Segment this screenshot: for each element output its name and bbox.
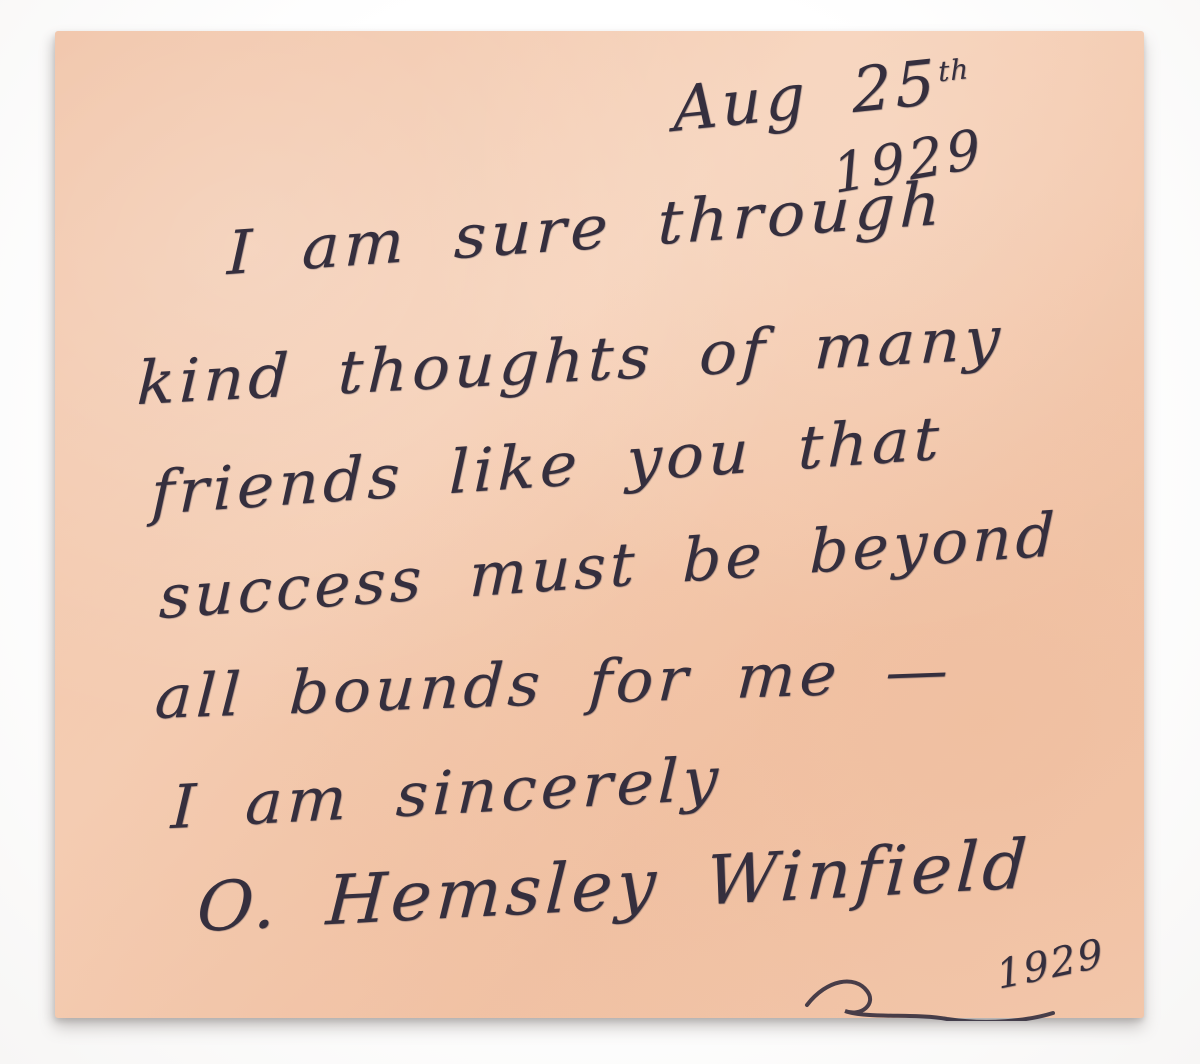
- handwritten-line: kind thoughts of many: [136, 303, 1005, 419]
- handwritten-line: I am sure through: [226, 169, 945, 289]
- handwritten-line: all bounds for me —: [153, 635, 954, 733]
- handwritten-line: success must be beyond: [158, 500, 1059, 633]
- date-ordinal-suffix: th: [938, 52, 970, 88]
- photo-background: Aug 25th 1929 I am sure through kind tho…: [0, 0, 1200, 1064]
- letter-paper: Aug 25th 1929 I am sure through kind tho…: [55, 31, 1144, 1018]
- handwritten-line: friends like you that: [150, 403, 943, 529]
- signature-name: O. Hemsley Winfield: [195, 825, 1033, 948]
- signature-flourish: [797, 961, 1057, 1021]
- handwritten-line: I am sincerely: [170, 744, 724, 843]
